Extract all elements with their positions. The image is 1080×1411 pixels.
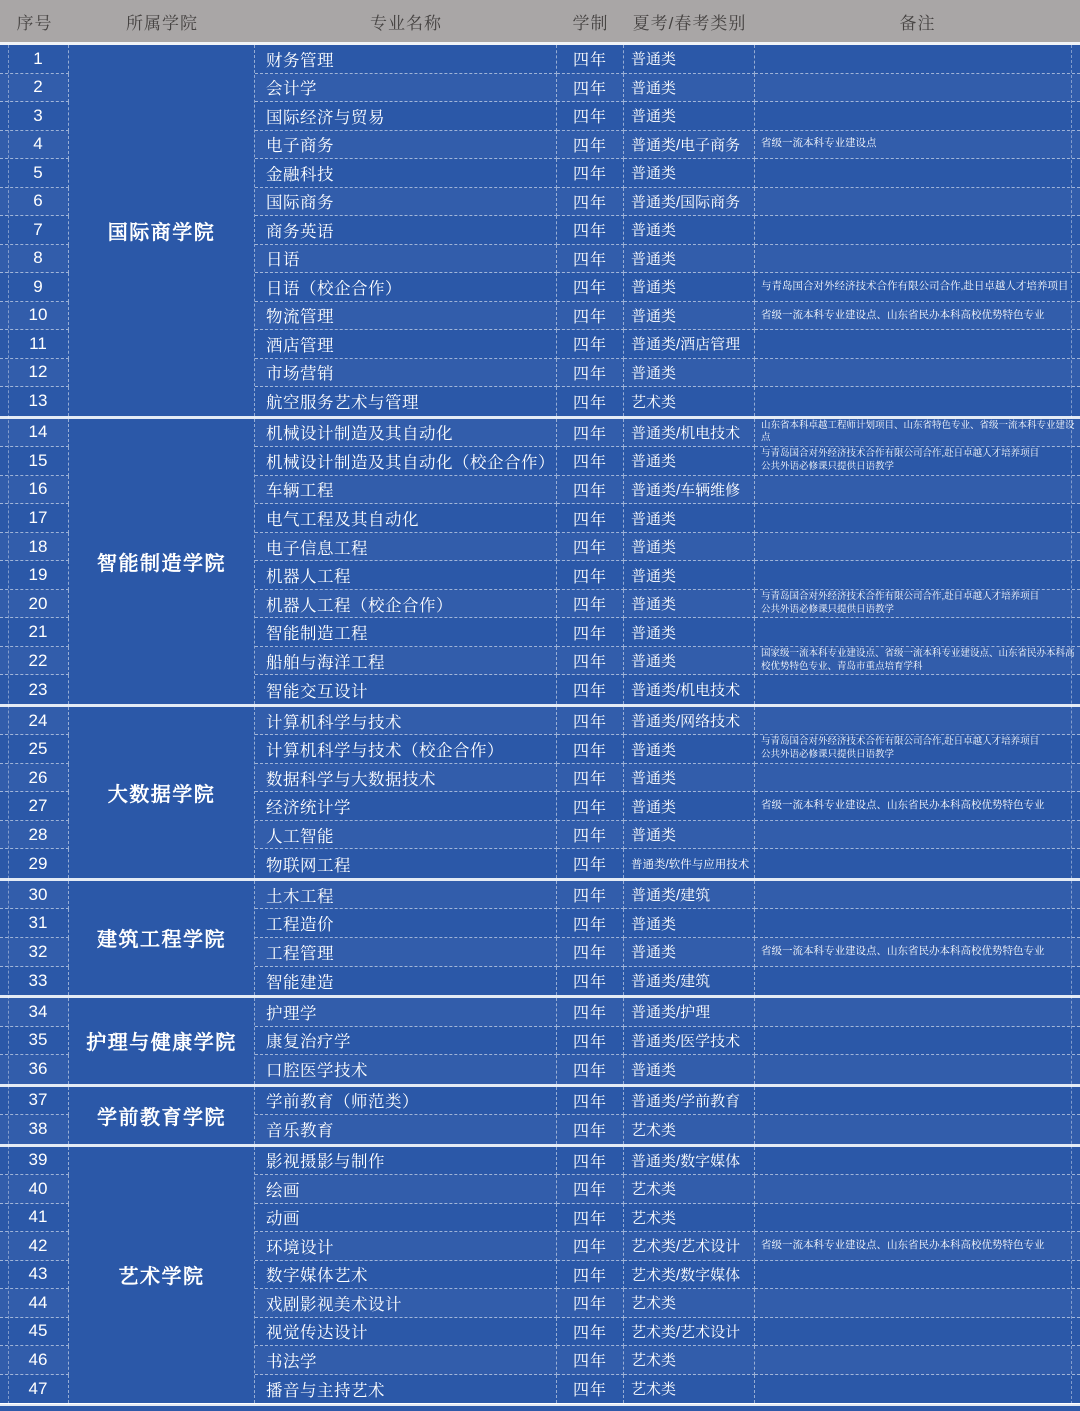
college-group: 护理与健康学院34护理学四年普通类/护理35康复治疗学四年普通类/医学技术36口… (0, 995, 1080, 1084)
exam-category-cell: 普通类/建筑 (624, 967, 755, 996)
major-name-cell: 机器人工程（校企合作） (255, 590, 557, 619)
duration-cell: 四年 (557, 102, 624, 131)
table-bottom-edge (0, 1404, 1080, 1411)
duration-cell: 四年 (557, 216, 624, 245)
serial-cell: 34 (0, 998, 69, 1027)
exam-category-cell: 普通类/网络技术 (624, 707, 755, 736)
serial-cell: 6 (0, 188, 69, 217)
serial-cell: 46 (0, 1346, 69, 1375)
duration-cell: 四年 (557, 74, 624, 103)
serial-cell: 41 (0, 1204, 69, 1233)
serial-cell: 14 (0, 419, 69, 448)
major-name-cell: 国际经济与贸易 (255, 102, 557, 131)
exam-category-cell: 艺术类/艺术设计 (624, 1318, 755, 1347)
remark-cell (755, 1204, 1080, 1233)
serial-cell: 23 (0, 675, 69, 704)
exam-category-cell: 普通类 (624, 561, 755, 590)
serial-cell: 27 (0, 792, 69, 821)
duration-cell: 四年 (557, 302, 624, 331)
college-name-cell: 艺术学院 (69, 1147, 255, 1404)
major-name-cell: 工程管理 (255, 938, 557, 967)
major-name-cell: 书法学 (255, 1346, 557, 1375)
column-header-remarks: 备注 (755, 9, 1080, 34)
exam-category-cell: 普通类 (624, 302, 755, 331)
exam-category-cell: 普通类 (624, 938, 755, 967)
exam-category-cell: 艺术类/艺术设计 (624, 1232, 755, 1261)
remark-cell (755, 1115, 1080, 1144)
major-name-cell: 动画 (255, 1204, 557, 1233)
duration-cell: 四年 (557, 1115, 624, 1144)
remark-cell: 山东省本科卓越工程师计划项目、山东省特色专业、省级一流本科专业建设点 (755, 419, 1080, 448)
duration-cell: 四年 (557, 707, 624, 736)
exam-category-cell: 普通类 (624, 735, 755, 764)
duration-cell: 四年 (557, 447, 624, 476)
remark-cell: 与青岛国合对外经济技术合作有限公司合作,赴日卓越人才培养项目 (755, 273, 1080, 302)
serial-cell: 7 (0, 216, 69, 245)
serial-cell: 15 (0, 447, 69, 476)
major-name-cell: 戏剧影视美术设计 (255, 1289, 557, 1318)
remark-cell: 与青岛国合对外经济技术合作有限公司合作,赴日卓越人才培养项目 公共外语必修课只提… (755, 735, 1080, 764)
exam-category-cell: 普通类/机电技术 (624, 675, 755, 704)
column-header-exam-category: 夏考/春考类别 (624, 9, 755, 34)
major-name-cell: 航空服务艺术与管理 (255, 387, 557, 416)
serial-cell: 43 (0, 1261, 69, 1290)
column-header-college: 所属学院 (69, 9, 255, 34)
duration-cell: 四年 (557, 359, 624, 388)
major-name-cell: 土木工程 (255, 881, 557, 910)
major-name-cell: 人工智能 (255, 821, 557, 850)
remark-cell: 国家级一流本科专业建设点、省级一流本科专业建设点、山东省民办本科高校优势特色专业… (755, 647, 1080, 676)
duration-cell: 四年 (557, 909, 624, 938)
exam-category-cell: 普通类/国际商务 (624, 188, 755, 217)
exam-category-cell: 普通类 (624, 447, 755, 476)
serial-cell: 20 (0, 590, 69, 619)
exam-category-cell: 普通类 (624, 159, 755, 188)
serial-cell: 39 (0, 1147, 69, 1176)
major-name-cell: 电子商务 (255, 131, 557, 160)
duration-cell: 四年 (557, 1318, 624, 1347)
remark-cell (755, 764, 1080, 793)
remark-cell (755, 533, 1080, 562)
remark-cell: 与青岛国合对外经济技术合作有限公司合作,赴日卓越人才培养项目 公共外语必修课只提… (755, 447, 1080, 476)
duration-cell: 四年 (557, 504, 624, 533)
major-name-cell: 口腔医学技术 (255, 1055, 557, 1084)
duration-cell: 四年 (557, 131, 624, 160)
remark-cell (755, 1289, 1080, 1318)
major-name-cell: 计算机科学与技术 (255, 707, 557, 736)
college-group: 大数据学院24计算机科学与技术四年普通类/网络技术25计算机科学与技术（校企合作… (0, 704, 1080, 878)
major-name-cell: 日语 (255, 245, 557, 274)
major-name-cell: 绘画 (255, 1175, 557, 1204)
column-header-major: 专业名称 (255, 9, 557, 34)
exam-category-cell: 艺术类 (624, 1375, 755, 1404)
duration-cell: 四年 (557, 849, 624, 878)
duration-cell: 四年 (557, 1147, 624, 1176)
exam-category-cell: 普通类/软件与应用技术 (624, 849, 755, 878)
duration-cell: 四年 (557, 330, 624, 359)
serial-cell: 19 (0, 561, 69, 590)
duration-cell: 四年 (557, 159, 624, 188)
duration-cell: 四年 (557, 998, 624, 1027)
duration-cell: 四年 (557, 938, 624, 967)
serial-cell: 35 (0, 1027, 69, 1056)
exam-category-cell: 艺术类 (624, 1346, 755, 1375)
major-name-cell: 学前教育（师范类） (255, 1087, 557, 1116)
exam-category-cell: 普通类/酒店管理 (624, 330, 755, 359)
serial-cell: 9 (0, 273, 69, 302)
duration-cell: 四年 (557, 1289, 624, 1318)
duration-cell: 四年 (557, 1261, 624, 1290)
exam-category-cell: 普通类 (624, 273, 755, 302)
duration-cell: 四年 (557, 1027, 624, 1056)
exam-category-cell: 艺术类 (624, 1175, 755, 1204)
table-body: 国际商学院1财务管理四年普通类2会计学四年普通类3国际经济与贸易四年普通类4电子… (0, 45, 1080, 1403)
major-name-cell: 商务英语 (255, 216, 557, 245)
remark-cell (755, 188, 1080, 217)
duration-cell: 四年 (557, 476, 624, 505)
remark-cell: 与青岛国合对外经济技术合作有限公司合作,赴日卓越人才培养项目 公共外语必修课只提… (755, 590, 1080, 619)
major-name-cell: 车辆工程 (255, 476, 557, 505)
duration-cell: 四年 (557, 647, 624, 676)
remark-cell: 省级一流本科专业建设点 (755, 131, 1080, 160)
duration-cell: 四年 (557, 273, 624, 302)
major-name-cell: 智能建造 (255, 967, 557, 996)
college-name-cell: 国际商学院 (69, 45, 255, 416)
remark-cell (755, 1087, 1080, 1116)
serial-cell: 36 (0, 1055, 69, 1084)
serial-cell: 44 (0, 1289, 69, 1318)
duration-cell: 四年 (557, 735, 624, 764)
major-name-cell: 物流管理 (255, 302, 557, 331)
serial-cell: 38 (0, 1115, 69, 1144)
remark-cell (755, 504, 1080, 533)
exam-category-cell: 艺术类 (624, 1204, 755, 1233)
remark-cell: 省级一流本科专业建设点、山东省民办本科高校优势特色专业 (755, 938, 1080, 967)
serial-cell: 31 (0, 909, 69, 938)
major-name-cell: 播音与主持艺术 (255, 1375, 557, 1404)
major-name-cell: 工程造价 (255, 909, 557, 938)
remark-cell (755, 359, 1080, 388)
college-name-cell: 学前教育学院 (69, 1087, 255, 1144)
major-name-cell: 机械设计制造及其自动化 (255, 419, 557, 448)
exam-category-cell: 艺术类/数字媒体 (624, 1261, 755, 1290)
major-name-cell: 物联网工程 (255, 849, 557, 878)
remark-cell (755, 707, 1080, 736)
remark-cell (755, 1346, 1080, 1375)
remark-cell (755, 821, 1080, 850)
duration-cell: 四年 (557, 1087, 624, 1116)
remark-cell (755, 561, 1080, 590)
duration-cell: 四年 (557, 590, 624, 619)
remark-cell (755, 476, 1080, 505)
serial-cell: 5 (0, 159, 69, 188)
serial-cell: 22 (0, 647, 69, 676)
remark-cell (755, 1261, 1080, 1290)
duration-cell: 四年 (557, 675, 624, 704)
serial-cell: 2 (0, 74, 69, 103)
exam-category-cell: 艺术类 (624, 1115, 755, 1144)
major-name-cell: 数字媒体艺术 (255, 1261, 557, 1290)
remark-cell (755, 1175, 1080, 1204)
major-name-cell: 市场营销 (255, 359, 557, 388)
duration-cell: 四年 (557, 561, 624, 590)
exam-category-cell: 普通类 (624, 821, 755, 850)
serial-cell: 18 (0, 533, 69, 562)
duration-cell: 四年 (557, 533, 624, 562)
serial-cell: 3 (0, 102, 69, 131)
major-name-cell: 护理学 (255, 998, 557, 1027)
serial-cell: 17 (0, 504, 69, 533)
serial-cell: 8 (0, 245, 69, 274)
duration-cell: 四年 (557, 419, 624, 448)
column-header-serial: 序号 (0, 9, 69, 34)
majors-table: 序号 所属学院 专业名称 学制 夏考/春考类别 备注 国际商学院1财务管理四年普… (0, 0, 1080, 1411)
exam-category-cell: 艺术类 (624, 387, 755, 416)
major-name-cell: 环境设计 (255, 1232, 557, 1261)
major-name-cell: 国际商务 (255, 188, 557, 217)
duration-cell: 四年 (557, 792, 624, 821)
major-name-cell: 机械设计制造及其自动化（校企合作） (255, 447, 557, 476)
college-group: 国际商学院1财务管理四年普通类2会计学四年普通类3国际经济与贸易四年普通类4电子… (0, 45, 1080, 416)
duration-cell: 四年 (557, 1204, 624, 1233)
major-name-cell: 视觉传达设计 (255, 1318, 557, 1347)
serial-cell: 11 (0, 330, 69, 359)
serial-cell: 24 (0, 707, 69, 736)
duration-cell: 四年 (557, 45, 624, 74)
remark-cell (755, 74, 1080, 103)
duration-cell: 四年 (557, 764, 624, 793)
remark-cell (755, 1055, 1080, 1084)
duration-cell: 四年 (557, 1232, 624, 1261)
column-header-duration: 学制 (557, 9, 624, 34)
duration-cell: 四年 (557, 1346, 624, 1375)
major-name-cell: 影视摄影与制作 (255, 1147, 557, 1176)
exam-category-cell: 普通类 (624, 245, 755, 274)
serial-cell: 4 (0, 131, 69, 160)
major-name-cell: 机器人工程 (255, 561, 557, 590)
duration-cell: 四年 (557, 1055, 624, 1084)
duration-cell: 四年 (557, 188, 624, 217)
remark-cell (755, 1027, 1080, 1056)
duration-cell: 四年 (557, 245, 624, 274)
serial-cell: 47 (0, 1375, 69, 1404)
serial-cell: 29 (0, 849, 69, 878)
remark-cell (755, 245, 1080, 274)
exam-category-cell: 普通类 (624, 1055, 755, 1084)
remark-cell (755, 1147, 1080, 1176)
major-name-cell: 智能制造工程 (255, 618, 557, 647)
remark-cell (755, 1318, 1080, 1347)
major-name-cell: 经济统计学 (255, 792, 557, 821)
remark-cell (755, 881, 1080, 910)
exam-category-cell: 普通类/护理 (624, 998, 755, 1027)
exam-category-cell: 普通类 (624, 74, 755, 103)
serial-cell: 1 (0, 45, 69, 74)
serial-cell: 12 (0, 359, 69, 388)
remark-cell (755, 387, 1080, 416)
exam-category-cell: 普通类/车辆维修 (624, 476, 755, 505)
serial-cell: 40 (0, 1175, 69, 1204)
exam-category-cell: 普通类 (624, 909, 755, 938)
serial-cell: 28 (0, 821, 69, 850)
exam-category-cell: 普通类 (624, 590, 755, 619)
serial-cell: 16 (0, 476, 69, 505)
college-name-cell: 大数据学院 (69, 707, 255, 878)
remark-cell (755, 159, 1080, 188)
college-group: 艺术学院39影视摄影与制作四年普通类/数字媒体40绘画四年艺术类41动画四年艺术… (0, 1144, 1080, 1404)
remark-cell (755, 1375, 1080, 1404)
duration-cell: 四年 (557, 881, 624, 910)
major-name-cell: 日语（校企合作） (255, 273, 557, 302)
serial-cell: 32 (0, 938, 69, 967)
major-name-cell: 电气工程及其自动化 (255, 504, 557, 533)
serial-cell: 37 (0, 1087, 69, 1116)
remark-cell (755, 849, 1080, 878)
duration-cell: 四年 (557, 387, 624, 416)
college-group: 学前教育学院37学前教育（师范类）四年普通类/学前教育38音乐教育四年艺术类 (0, 1084, 1080, 1144)
remark-cell: 省级一流本科专业建设点、山东省民办本科高校优势特色专业 (755, 1232, 1080, 1261)
major-name-cell: 财务管理 (255, 45, 557, 74)
remark-cell (755, 909, 1080, 938)
college-group: 智能制造学院14机械设计制造及其自动化四年普通类/机电技术山东省本科卓越工程师计… (0, 416, 1080, 704)
exam-category-cell: 普通类/建筑 (624, 881, 755, 910)
major-name-cell: 康复治疗学 (255, 1027, 557, 1056)
exam-category-cell: 普通类 (624, 792, 755, 821)
major-name-cell: 计算机科学与技术（校企合作） (255, 735, 557, 764)
exam-category-cell: 普通类 (624, 216, 755, 245)
remark-cell (755, 45, 1080, 74)
exam-category-cell: 普通类/数字媒体 (624, 1147, 755, 1176)
exam-category-cell: 普通类 (624, 647, 755, 676)
major-name-cell: 数据科学与大数据技术 (255, 764, 557, 793)
serial-cell: 10 (0, 302, 69, 331)
remark-cell (755, 102, 1080, 131)
major-name-cell: 电子信息工程 (255, 533, 557, 562)
table-header: 序号 所属学院 专业名称 学制 夏考/春考类别 备注 (0, 0, 1080, 45)
exam-category-cell: 普通类/学前教育 (624, 1087, 755, 1116)
serial-cell: 45 (0, 1318, 69, 1347)
serial-cell: 42 (0, 1232, 69, 1261)
duration-cell: 四年 (557, 618, 624, 647)
major-name-cell: 酒店管理 (255, 330, 557, 359)
serial-cell: 25 (0, 735, 69, 764)
remark-cell: 省级一流本科专业建设点、山东省民办本科高校优势特色专业 (755, 792, 1080, 821)
duration-cell: 四年 (557, 1375, 624, 1404)
exam-category-cell: 普通类/医学技术 (624, 1027, 755, 1056)
remark-cell (755, 216, 1080, 245)
exam-category-cell: 普通类/机电技术 (624, 419, 755, 448)
exam-category-cell: 普通类 (624, 618, 755, 647)
remark-cell (755, 330, 1080, 359)
college-name-cell: 建筑工程学院 (69, 881, 255, 995)
duration-cell: 四年 (557, 1175, 624, 1204)
major-name-cell: 金融科技 (255, 159, 557, 188)
major-name-cell: 音乐教育 (255, 1115, 557, 1144)
serial-cell: 21 (0, 618, 69, 647)
major-name-cell: 船舶与海洋工程 (255, 647, 557, 676)
exam-category-cell: 普通类 (624, 359, 755, 388)
remark-cell (755, 618, 1080, 647)
exam-category-cell: 普通类 (624, 533, 755, 562)
remark-cell (755, 967, 1080, 996)
college-name-cell: 智能制造学院 (69, 419, 255, 704)
remark-cell (755, 675, 1080, 704)
major-name-cell: 智能交互设计 (255, 675, 557, 704)
college-group: 建筑工程学院30土木工程四年普通类/建筑31工程造价四年普通类32工程管理四年普… (0, 878, 1080, 995)
remark-cell (755, 998, 1080, 1027)
serial-cell: 33 (0, 967, 69, 996)
major-name-cell: 会计学 (255, 74, 557, 103)
exam-category-cell: 普通类/电子商务 (624, 131, 755, 160)
serial-cell: 30 (0, 881, 69, 910)
exam-category-cell: 普通类 (624, 504, 755, 533)
exam-category-cell: 普通类 (624, 45, 755, 74)
serial-cell: 26 (0, 764, 69, 793)
exam-category-cell: 艺术类 (624, 1289, 755, 1318)
serial-cell: 13 (0, 387, 69, 416)
exam-category-cell: 普通类 (624, 102, 755, 131)
duration-cell: 四年 (557, 967, 624, 996)
duration-cell: 四年 (557, 821, 624, 850)
college-name-cell: 护理与健康学院 (69, 998, 255, 1084)
exam-category-cell: 普通类 (624, 764, 755, 793)
remark-cell: 省级一流本科专业建设点、山东省民办本科高校优势特色专业 (755, 302, 1080, 331)
